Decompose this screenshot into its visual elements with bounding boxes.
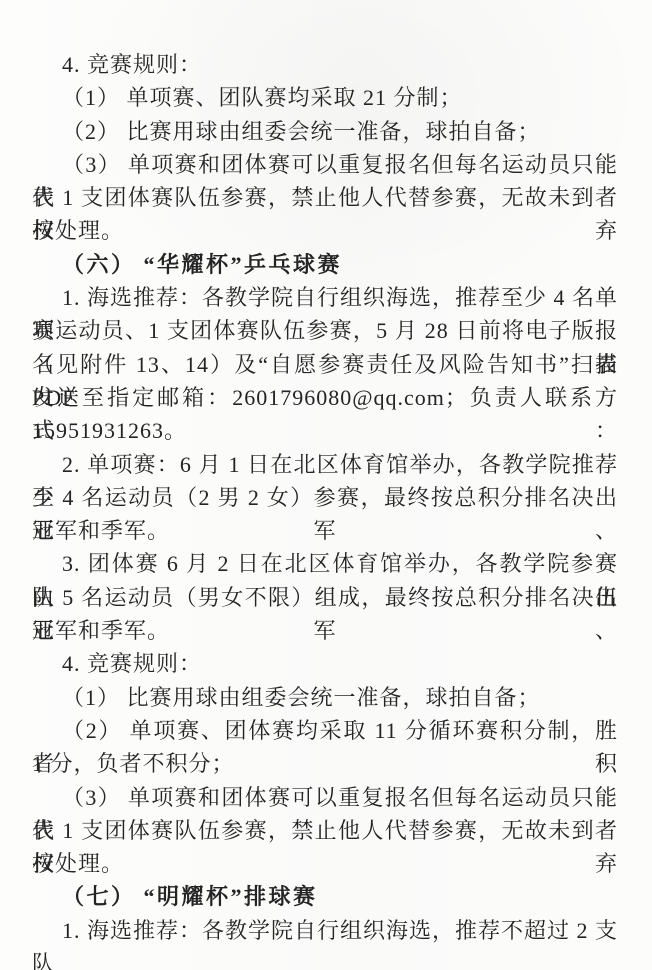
text-line: 2. 单项赛：6 月 1 日在北区体育馆举办，各教学院推荐至 — [32, 448, 618, 481]
section-heading: （七） “明耀杯”排球赛 — [32, 880, 618, 913]
text-line: 表 1 支团体赛队伍参赛，禁止他人代替参赛，无故未到者按弃 — [32, 814, 618, 847]
text-line: 发送至指定邮箱：2601796080@qq.com；负责人联系方式： — [32, 381, 618, 414]
text-line: （1） 比赛用球由组委会统一准备，球拍自备； — [32, 681, 618, 714]
document-page: 4. 竞赛规则：（1） 单项赛、团队赛均采取 21 分制；（2） 比赛用球由组委… — [0, 0, 652, 970]
text-line: （3） 单项赛和团体赛可以重复报名但每名运动员只能代 — [32, 781, 618, 814]
text-line: 赛运动员、1 支团体赛队伍参赛，5 月 28 日前将电子版报名表 — [32, 314, 618, 347]
text-line: （1） 单项赛、团队赛均采取 21 分制； — [32, 81, 618, 114]
text-line: 4. 竞赛规则： — [32, 647, 618, 680]
text-line: （见附件 13、14）及“自愿参赛责任及风险告知书”扫描 PDF — [32, 348, 618, 381]
text-line: （2） 单项赛、团体赛均采取 11 分循环赛积分制，胜者积 — [32, 714, 618, 747]
text-line: 3. 团体赛 6 月 2 日在北区体育馆举办，各教学院参赛队伍 — [32, 547, 618, 580]
text-line: （2） 比赛用球由组委会统一准备，球拍自备； — [32, 115, 618, 148]
text-line: 少 4 名运动员（2 男 2 女）参赛，最终按总积分排名决出冠军、 — [32, 481, 618, 514]
text-line: 1. 海选推荐：各教学院自行组织海选，推荐至少 4 名单项 — [32, 281, 618, 314]
text-line: 表 1 支团体赛队伍参赛，禁止他人代替参赛，无故未到者按弃 — [32, 181, 618, 214]
text-line: 由 5 名运动员（男女不限）组成，最终按总积分排名决出冠军、 — [32, 581, 618, 614]
text-line: 1. 海选推荐：各教学院自行组织海选，推荐不超过 2 支队 — [32, 914, 618, 947]
text-line: （3） 单项赛和团体赛可以重复报名但每名运动员只能代 — [32, 148, 618, 181]
section-heading: （六） “华耀杯”乒乓球赛 — [32, 248, 618, 281]
text-line: 4. 竞赛规则： — [32, 48, 618, 81]
